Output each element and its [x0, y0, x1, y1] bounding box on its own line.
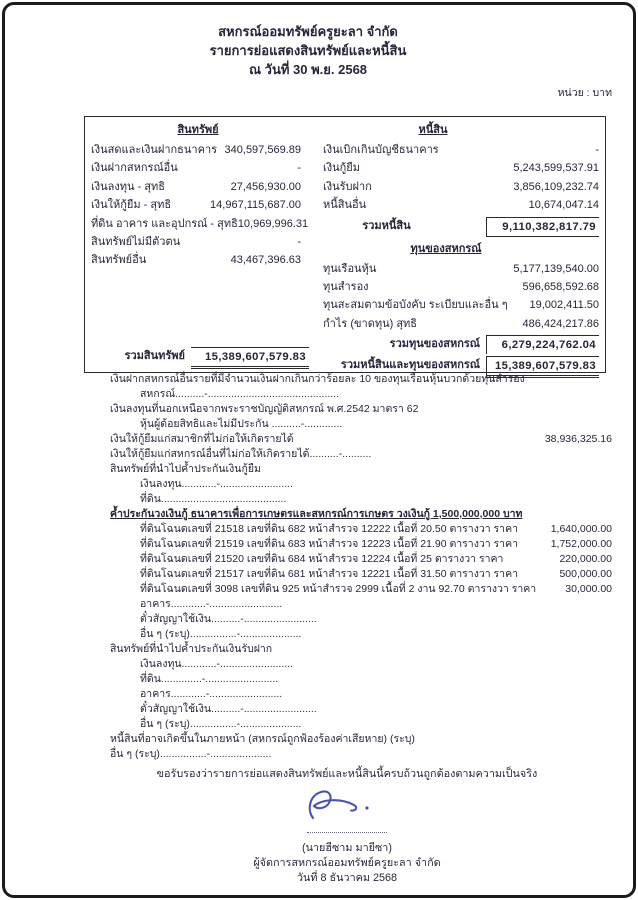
table-row: สินทรัพย์ไม่มีตัวตน- [91, 233, 301, 251]
table-row: ทุนเรือนหุ้น5,177,139,540.00 [323, 260, 599, 278]
row-label: กำไร (ขาดทุน) สุทธิ [323, 315, 493, 333]
page-subtitle: รายการย่อแสดงสินทรัพย์และหนี้สิน [0, 41, 616, 60]
note-line: หุ้นผู้ด้อยสิทธิและไม่มีประกัน .........… [0, 417, 638, 432]
table-row: สินทรัพย์อื่น43,467,396.63 [91, 251, 301, 269]
row-label: ทุนสำรอง [323, 278, 493, 296]
equity-total-row: รวมทุนของสหกรณ์ 6,279,224,762.04 [323, 335, 599, 354]
table-row: เงินลงทุน - สุทธิ27,456,930.00 [91, 178, 301, 196]
note-value: 220,000.00 [559, 552, 612, 567]
signature-path [310, 791, 356, 818]
note-line: เงินให้กู้ยืมแก่สหกรณ์อื่นที่ไม่ก่อให้เก… [0, 447, 638, 462]
liabilities-rows: เงินเบิกเกินบัญชีธนาคาร-เงินกู้ยืม5,243,… [323, 141, 599, 215]
assets-total-value: 15,389,607,579.83 [191, 347, 309, 369]
note-line: ที่ดินโฉนดเลขที่ 3098 เลขที่ดิน 925 หน้า… [0, 582, 638, 597]
liabilities-total-value: 9,110,382,817.79 [486, 217, 599, 237]
table-row: กำไร (ขาดทุน) สุทธิ486,424,217.86 [323, 315, 599, 333]
note-text: เงินลงทุน............-..................… [140, 478, 293, 490]
note-text: อื่น ๆ (ระบุ)................-..........… [140, 628, 301, 640]
note-line: เงินให้กู้ยืมแก่สมาชิกที่ไม่ก่อให้เกิดรา… [0, 432, 638, 447]
row-value: 10,674,047.14 [493, 196, 599, 214]
row-value: 14,967,115,687.00 [197, 196, 301, 214]
row-label: ที่ดิน อาคาร และอุปกรณ์ - สุทธิ [91, 215, 238, 233]
signer-title: ผู้จัดการสหกรณ์ออมทรัพย์ครูยะลา จำกัด [56, 856, 638, 871]
balance-sheet-table: สินทรัพย์ เงินสดและเงินฝากธนาคาร340,597,… [84, 116, 606, 373]
document-header: สหกรณ์ออมทรัพย์ครูยะลา จำกัด รายการย่อแส… [0, 22, 616, 79]
row-value: - [493, 141, 599, 159]
note-text: เงินฝากสหกรณ์อื่นรายที่มีจำนวนเงินฝากเกิ… [110, 373, 525, 385]
as-of-date: ณ วันที่ 30 พ.ย. 2568 [0, 60, 616, 79]
document-page: สหกรณ์ออมทรัพย์ครูยะลา จำกัด รายการย่อแส… [0, 0, 638, 900]
table-row: หนี้สินอื่น10,674,047.14 [323, 196, 599, 214]
row-value: 5,177,139,540.00 [493, 260, 599, 278]
note-line: อื่น ๆ (ระบุ)................-..........… [0, 627, 638, 642]
table-row: เงินให้กู้ยืม - สุทธิ14,967,115,687.00 [91, 196, 301, 214]
assets-total-row: รวมสินทรัพย์ 15,389,607,579.83 [91, 347, 309, 369]
table-row: ที่ดิน อาคาร และอุปกรณ์ - สุทธิ10,969,99… [91, 215, 301, 233]
liabilities-total-label: รวมหนี้สิน [323, 217, 486, 237]
row-label: สินทรัพย์อื่น [91, 251, 197, 269]
note-text: อาคาร............-......................… [140, 688, 282, 700]
note-value: 1,640,000.00 [551, 522, 612, 537]
note-text: ที่ดิน..............-...................… [140, 673, 278, 685]
note-text: สินทรัพย์ที่นำไปค้ำประกันเงินรับฝาก [110, 643, 272, 655]
note-line: อาคาร............-......................… [0, 687, 638, 702]
note-line: สินทรัพย์ที่นำไปค้ำประกันเงินกู้ยืม [0, 462, 638, 477]
signature-dot [365, 806, 368, 809]
note-value: 500,000.00 [559, 567, 612, 582]
note-line: ที่ดิน..............-...................… [0, 672, 638, 687]
note-line: ตั๋วสัญญาใช้เงิน..........-.............… [0, 612, 638, 627]
note-text: หุ้นผู้ด้อยสิทธิและไม่มีประกัน .........… [140, 418, 342, 430]
note-line: อาคาร............-......................… [0, 597, 638, 612]
equity-header: ทุนของสหกรณ์ [323, 238, 599, 260]
unit-label: หน่วย : บาท [558, 84, 612, 101]
note-line: เงินฝากสหกรณ์อื่นรายที่มีจำนวนเงินฝากเกิ… [0, 372, 638, 387]
liabilities-column: หนี้สิน เงินเบิกเกินบัญชีธนาคาร-เงินกู้ย… [323, 119, 599, 378]
equity-total-label: รวมทุนของสหกรณ์ [323, 335, 486, 354]
note-line: ที่ดินโฉนดเลขที่ 21519 เลขที่ดิน 683 หน้… [0, 537, 638, 552]
row-label: เงินให้กู้ยืม - สุทธิ [91, 196, 197, 214]
note-text: สหกรณ์..........-.......................… [140, 388, 339, 400]
note-line: ที่ดินโฉนดเลขที่ 21518 เลขที่ดิน 682 หน้… [0, 522, 638, 537]
note-text: เงินให้กู้ยืมแก่สมาชิกที่ไม่ก่อให้เกิดรา… [110, 433, 294, 445]
note-line: เงินลงทุน............-..................… [0, 657, 638, 672]
note-line: เงินลงทุน............-..................… [0, 477, 638, 492]
notes-section: เงินฝากสหกรณ์อื่นรายที่มีจำนวนเงินฝากเกิ… [0, 372, 638, 762]
row-value: 486,424,217.86 [493, 315, 599, 333]
note-text: ตั๋วสัญญาใช้เงิน..........-.............… [140, 703, 317, 715]
note-line: เงินลงทุนที่นอกเหนือจากพระราชบัญญัติสหกร… [0, 402, 638, 417]
signature-date: วันที่ 8 ธันวาคม 2568 [56, 871, 638, 886]
note-line: ที่ดิน..................................… [0, 492, 638, 507]
note-line: ที่ดินโฉนดเลขที่ 21520 เลขที่ดิน 684 หน้… [0, 552, 638, 567]
row-label: เงินกู้ยืม [323, 159, 493, 177]
assets-total-label: รวมสินทรัพย์ [91, 347, 191, 369]
signer-name: (นายฮีซาม มายีซา) [56, 840, 638, 856]
note-value: 30,000.00 [565, 582, 612, 597]
table-row: เงินกู้ยืม5,243,599,537.91 [323, 159, 599, 177]
row-value: 340,597,569.89 [217, 141, 301, 159]
note-line: สินทรัพย์ที่นำไปค้ำประกันเงินรับฝาก [0, 642, 638, 657]
note-line: ตั๋วสัญญาใช้เงิน..........-.............… [0, 702, 638, 717]
row-label: เงินรับฝาก [323, 178, 493, 196]
note-text: เงินให้กู้ยืมแก่สหกรณ์อื่นที่ไม่ก่อให้เก… [110, 448, 371, 460]
note-line: หนี้สินที่อาจเกิดขึ้นในภายหน้า (สหกรณ์ถู… [0, 732, 638, 747]
signature-mark [299, 788, 395, 822]
note-text: ที่ดินโฉนดเลขที่ 21518 เลขที่ดิน 682 หน้… [140, 523, 518, 535]
note-text: สินทรัพย์ที่นำไปค้ำประกันเงินกู้ยืม [110, 463, 261, 475]
note-line: ที่ดินโฉนดเลขที่ 21517 เลขที่ดิน 681 หน้… [0, 567, 638, 582]
note-text: เงินลงทุนที่นอกเหนือจากพระราชบัญญัติสหกร… [110, 403, 418, 415]
row-value: 10,969,996.31 [238, 215, 308, 233]
table-row: ทุนสำรอง596,658,592.68 [323, 278, 599, 296]
note-text: ที่ดินโฉนดเลขที่ 21520 เลขที่ดิน 684 หน้… [140, 553, 503, 565]
row-label: เงินฝากสหกรณ์อื่น [91, 159, 197, 177]
liabilities-header: หนี้สิน [323, 119, 599, 141]
row-value: 5,243,599,537.91 [493, 159, 599, 177]
table-row: เงินฝากสหกรณ์อื่น- [91, 159, 301, 177]
row-value: 43,467,396.63 [197, 251, 301, 269]
note-line: อื่น ๆ (ระบุ)................-..........… [0, 747, 638, 762]
page-title: สหกรณ์ออมทรัพย์ครูยะลา จำกัด [0, 22, 616, 41]
note-line: อื่น ๆ (ระบุ)................-..........… [0, 717, 638, 732]
row-label: เงินลงทุน - สุทธิ [91, 178, 197, 196]
assets-header: สินทรัพย์ [91, 119, 305, 141]
row-value: 596,658,592.68 [493, 278, 599, 296]
note-text: อื่น ๆ (ระบุ)................-..........… [140, 718, 301, 730]
assets-rows: เงินสดและเงินฝากธนาคาร340,597,569.89เงิน… [91, 141, 301, 270]
equity-total-value: 6,279,224,762.04 [486, 335, 599, 354]
row-label: เงินเบิกเกินบัญชีธนาคาร [323, 141, 493, 159]
note-value: 1,752,000.00 [551, 537, 612, 552]
table-row: เงินรับฝาก3,856,109,232.74 [323, 178, 599, 196]
signature [56, 788, 638, 822]
note-line: สหกรณ์..........-.......................… [0, 387, 638, 402]
liabilities-total-row: รวมหนี้สิน 9,110,382,817.79 [323, 217, 599, 237]
note-text: ที่ดิน..................................… [140, 493, 286, 505]
note-heading: ค้ำประกันวงเงินกู้ ธนาคารเพื่อการเกษตรแล… [0, 507, 638, 522]
assets-column: สินทรัพย์ เงินสดและเงินฝากธนาคาร340,597,… [91, 119, 301, 270]
signature-line [307, 824, 387, 833]
equity-rows: ทุนเรือนหุ้น5,177,139,540.00ทุนสำรอง596,… [323, 260, 599, 334]
note-text: ตั๋วสัญญาใช้เงิน..........-.............… [140, 613, 317, 625]
row-value: - [197, 159, 301, 177]
note-text: หนี้สินที่อาจเกิดขึ้นในภายหน้า (สหกรณ์ถู… [110, 733, 415, 745]
row-value: 3,856,109,232.74 [493, 178, 599, 196]
row-value: 19,002,411.50 [508, 296, 599, 314]
table-row: ทุนสะสมตามข้อบังคับ ระเบียบและอื่น ๆ19,0… [323, 296, 599, 314]
certification-statement: ขอรับรองว่ารายการย่อแสดงสินทรัพย์และหนี้… [56, 765, 638, 782]
note-text: อาคาร............-......................… [140, 598, 282, 610]
note-text: ค้ำประกันวงเงินกู้ ธนาคารเพื่อการเกษตรแล… [110, 508, 522, 520]
note-text: ที่ดินโฉนดเลขที่ 3098 เลขที่ดิน 925 หน้า… [140, 583, 536, 595]
row-value: 27,456,930.00 [197, 178, 301, 196]
note-text: อื่น ๆ (ระบุ)................-..........… [110, 748, 271, 760]
row-label: ทุนเรือนหุ้น [323, 260, 493, 278]
table-row: เงินสดและเงินฝากธนาคาร340,597,569.89 [91, 141, 301, 159]
row-label: ทุนสะสมตามข้อบังคับ ระเบียบและอื่น ๆ [323, 296, 508, 314]
certification-footer: ขอรับรองว่ารายการย่อแสดงสินทรัพย์และหนี้… [56, 765, 638, 886]
note-text: ที่ดินโฉนดเลขที่ 21519 เลขที่ดิน 683 หน้… [140, 538, 518, 550]
table-row: เงินเบิกเกินบัญชีธนาคาร- [323, 141, 599, 159]
row-label: เงินสดและเงินฝากธนาคาร [91, 141, 217, 159]
row-label: หนี้สินอื่น [323, 196, 493, 214]
note-value: 38,936,325.16 [545, 432, 612, 447]
note-text: เงินลงทุน............-..................… [140, 658, 293, 670]
row-value: - [197, 233, 301, 251]
row-label: สินทรัพย์ไม่มีตัวตน [91, 233, 197, 251]
note-text: ที่ดินโฉนดเลขที่ 21517 เลขที่ดิน 681 หน้… [140, 568, 518, 580]
